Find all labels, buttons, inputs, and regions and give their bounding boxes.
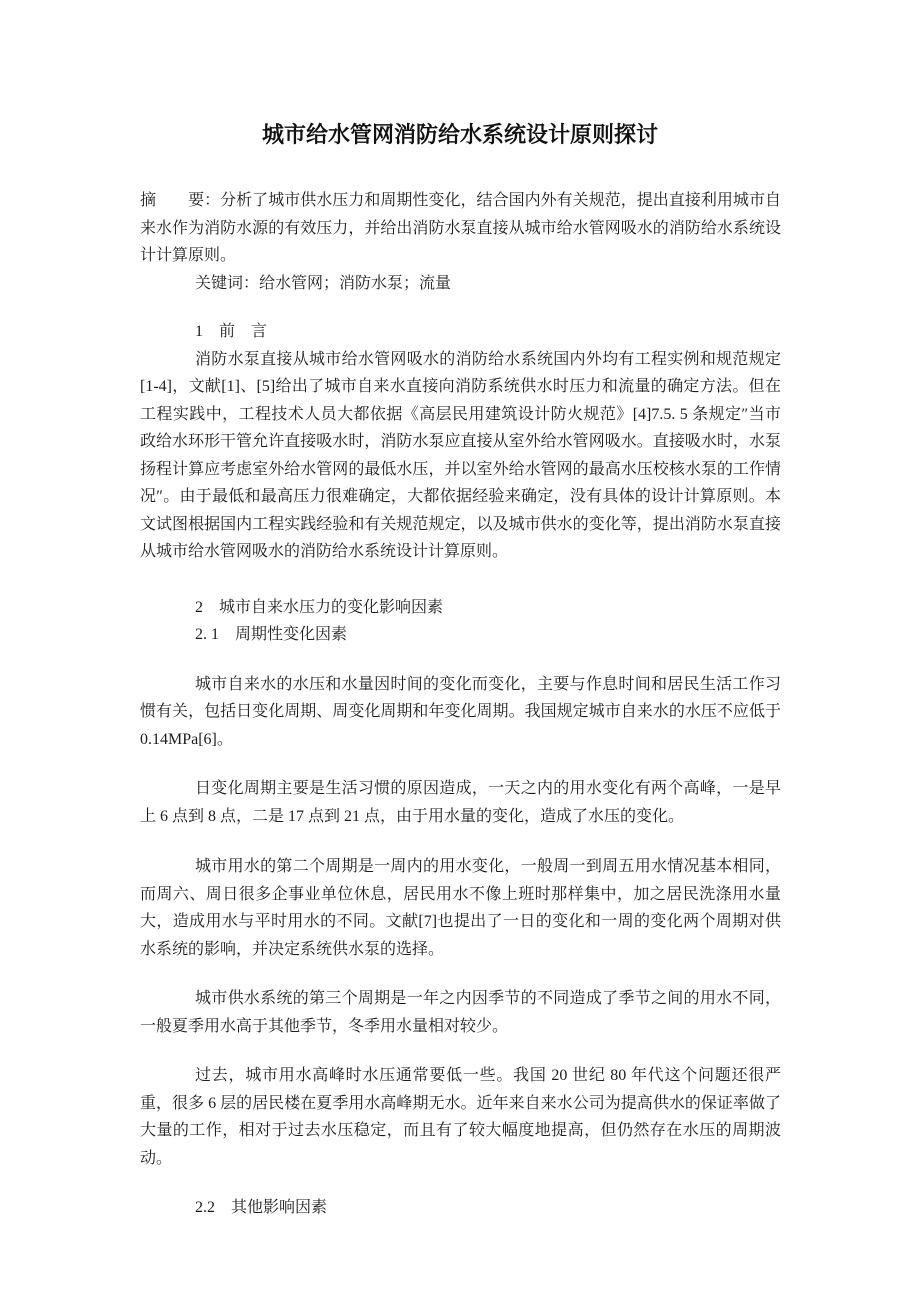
section-2-1-paragraph-1: 城市自来水的水压和水量因时间的变化而变化，主要与作息时间和居民生活工作习惯有关，… [140,671,781,754]
abstract-paragraph: 摘 要：分析了城市供水压力和周期性变化，结合国内外有关规范，提出直接利用城市自来… [140,187,781,270]
document-title: 城市给水管网消防给水系统设计原则探讨 [0,0,920,150]
section-2-1-paragraph-3: 城市用水的第二个周期是一周内的用水变化，一般周一到周五用水情况基本相同，而周六、… [140,853,781,963]
section-2-1-paragraph-2: 日变化周期主要是生活习惯的原因造成，一天之内的用水变化有两个高峰，一是早上 6 … [140,775,781,830]
abstract-text: 分析了城市供水压力和周期性变化，结合国内外有关规范，提出直接利用城市自来水作为消… [140,192,781,264]
section-2-2-heading: 2.2 其他影响因素 [140,1194,781,1222]
keywords-paragraph: 关键词：给水管网；消防水泵；流量 [140,270,781,298]
section-1-paragraph: 消防水泵直接从城市给水管网吸水的消防给水系统国内外均有工程实例和规范规定[1-4… [140,346,781,566]
document-page: 城市给水管网消防给水系统设计原则探讨 摘 要：分析了城市供水压力和周期性变化，结… [0,0,920,1302]
keywords-label: 关键词： [195,275,259,292]
section-2-1-heading: 2. 1 周期性变化因素 [140,621,781,649]
section-2-1-paragraph-5: 过去，城市用水高峰时水压通常要低一些。我国 20 世纪 80 年代这个问题还很严… [140,1062,781,1172]
section-2-heading: 2 城市自来水压力的变化影响因素 [140,594,781,622]
section-2-1-paragraph-4: 城市供水系统的第三个周期是一年之内因季节的不同造成了季节之间的用水不同，一般夏季… [140,985,781,1040]
keywords-text: 给水管网；消防水泵；流量 [259,275,451,292]
abstract-label: 摘 要： [140,192,220,209]
document-body: 摘 要：分析了城市供水压力和周期性变化，结合国内外有关规范，提出直接利用城市自来… [140,187,781,1222]
section-1-heading: 1 前 言 [140,318,781,346]
